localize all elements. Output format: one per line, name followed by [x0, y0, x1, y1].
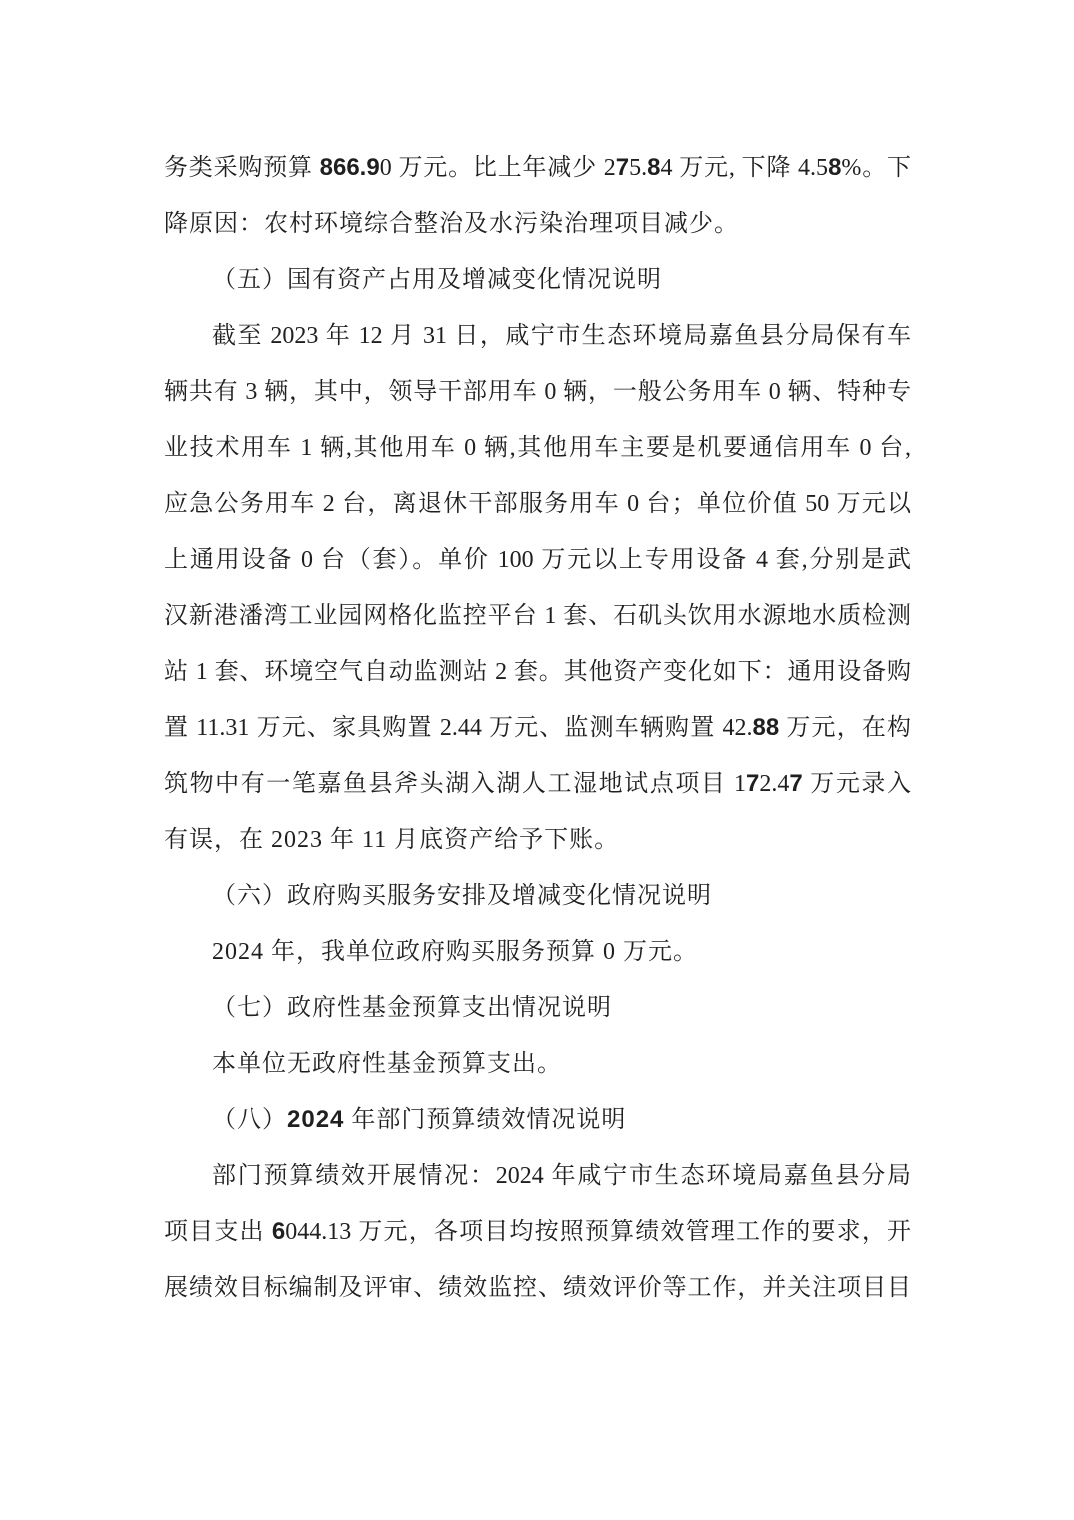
text-segment: 务类采购预算 — [164, 155, 320, 181]
bold-number-segment: 8 — [828, 154, 841, 181]
document-line-1: 务类采购预算 866.90 万元。比上年减少 275.84 万元, 下降 4.5… — [164, 140, 911, 196]
document-line-18: （八）2024 年部门预算绩效情况说明 — [164, 1092, 911, 1148]
bold-number-segment: 7 — [616, 154, 629, 181]
text-segment: 本单位无政府性基金预算支出。 — [212, 1051, 562, 1077]
document-line-19: 部门预算绩效开展情况：2024 年咸宁市生态环境局嘉鱼县分局 — [164, 1148, 911, 1204]
bold-number-segment: 88 — [753, 714, 780, 741]
document-line-8: 上通用设备 0 台（套）。单价 100 万元以上专用设备 4 套,分别是武 — [164, 532, 911, 588]
document-line-14: （六）政府购买服务安排及增减变化情况说明 — [164, 868, 911, 924]
text-segment: （五）国有资产占用及增减变化情况说明 — [212, 267, 662, 293]
text-segment: 2.4 — [759, 771, 789, 797]
document-line-11: 置 11.31 万元、家具购置 2.44 万元、监测车辆购置 42.88 万元，… — [164, 700, 911, 756]
document-line-3: （五）国有资产占用及增减变化情况说明 — [164, 252, 911, 308]
text-segment: 年部门预算绩效情况说明 — [344, 1107, 626, 1133]
bold-number-segment: 7 — [746, 770, 759, 797]
text-segment: 展绩效目标编制及评审、绩效监控、绩效评价等工作，并关注项目目 — [164, 1275, 911, 1301]
text-segment: 降原因：农村环境综合整治及水污染治理项目减少。 — [164, 211, 739, 237]
text-segment: 筑物中有一笔嘉鱼县斧头湖入湖人工湿地试点项目 1 — [164, 771, 746, 797]
document-text-block: 务类采购预算 866.90 万元。比上年减少 275.84 万元, 下降 4.5… — [164, 140, 911, 1316]
text-segment: 置 11.31 万元、家具购置 2.44 万元、监测车辆购置 42. — [164, 715, 753, 741]
text-segment: 5. — [629, 155, 647, 181]
text-segment: 上通用设备 0 台（套）。单价 100 万元以上专用设备 4 套,分别是武 — [164, 547, 911, 573]
text-segment: 项目支出 — [164, 1219, 272, 1245]
document-page: 务类采购预算 866.90 万元。比上年减少 275.84 万元, 下降 4.5… — [0, 0, 1074, 1520]
document-line-20: 项目支出 6044.13 万元，各项目均按照预算绩效管理工作的要求，开 — [164, 1204, 911, 1260]
text-segment: （六）政府购买服务安排及增减变化情况说明 — [212, 883, 712, 909]
document-line-17: 本单位无政府性基金预算支出。 — [164, 1036, 911, 1092]
document-line-12: 筑物中有一笔嘉鱼县斧头湖入湖人工湿地试点项目 172.47 万元录入 — [164, 756, 911, 812]
text-segment: 2024 年，我单位政府购买服务预算 0 万元。 — [212, 939, 698, 965]
document-line-16: （七）政府性基金预算支出情况说明 — [164, 980, 911, 1036]
text-segment: 业技术用车 1 辆,其他用车 0 辆,其他用车主要是机要通信用车 0 台, — [164, 435, 911, 461]
text-segment: 站 1 套、环境空气自动监测站 2 套。其他资产变化如下：通用设备购 — [164, 659, 911, 685]
text-segment: 0 万元。比上年减少 2 — [380, 155, 616, 181]
document-line-2: 降原因：农村环境综合整治及水污染治理项目减少。 — [164, 196, 911, 252]
document-line-21: 展绩效目标编制及评审、绩效监控、绩效评价等工作，并关注项目目 — [164, 1260, 911, 1316]
text-segment: 应急公务用车 2 台，离退休干部服务用车 0 台；单位价值 50 万元以 — [164, 491, 911, 517]
bold-number-segment: 866.9 — [320, 154, 380, 181]
text-segment: 有误，在 2023 年 11 月底资产给予下账。 — [164, 827, 619, 853]
bold-number-segment: 6 — [272, 1218, 285, 1245]
text-segment: 4 万元, 下降 4.5 — [660, 155, 828, 181]
text-segment: 044.13 万元，各项目均按照预算绩效管理工作的要求，开 — [285, 1219, 911, 1245]
document-line-9: 汉新港潘湾工业园网格化监控平台 1 套、石矶头饮用水源地水质检测 — [164, 588, 911, 644]
bold-number-segment: 8 — [647, 154, 660, 181]
document-line-7: 应急公务用车 2 台，离退休干部服务用车 0 台；单位价值 50 万元以 — [164, 476, 911, 532]
text-segment: 部门预算绩效开展情况：2024 年咸宁市生态环境局嘉鱼县分局 — [212, 1163, 911, 1189]
document-line-13: 有误，在 2023 年 11 月底资产给予下账。 — [164, 812, 911, 868]
document-line-15: 2024 年，我单位政府购买服务预算 0 万元。 — [164, 924, 911, 980]
bold-number-segment: 2024 — [287, 1106, 344, 1133]
text-segment: 万元，在构 — [779, 715, 911, 741]
text-segment: %。下 — [841, 155, 911, 181]
document-line-6: 业技术用车 1 辆,其他用车 0 辆,其他用车主要是机要通信用车 0 台, — [164, 420, 911, 476]
text-segment: 截至 2023 年 12 月 31 日，咸宁市生态环境局嘉鱼县分局保有车 — [212, 323, 911, 349]
document-line-4: 截至 2023 年 12 月 31 日，咸宁市生态环境局嘉鱼县分局保有车 — [164, 308, 911, 364]
bold-number-segment: 7 — [789, 770, 802, 797]
text-segment: （八） — [212, 1107, 287, 1133]
document-line-5: 辆共有 3 辆，其中，领导干部用车 0 辆，一般公务用车 0 辆、特种专 — [164, 364, 911, 420]
text-segment: 汉新港潘湾工业园网格化监控平台 1 套、石矶头饮用水源地水质检测 — [164, 603, 911, 629]
document-line-10: 站 1 套、环境空气自动监测站 2 套。其他资产变化如下：通用设备购 — [164, 644, 911, 700]
text-segment: 万元录入 — [803, 771, 911, 797]
text-segment: 辆共有 3 辆，其中，领导干部用车 0 辆，一般公务用车 0 辆、特种专 — [164, 379, 911, 405]
text-segment: （七）政府性基金预算支出情况说明 — [212, 995, 612, 1021]
